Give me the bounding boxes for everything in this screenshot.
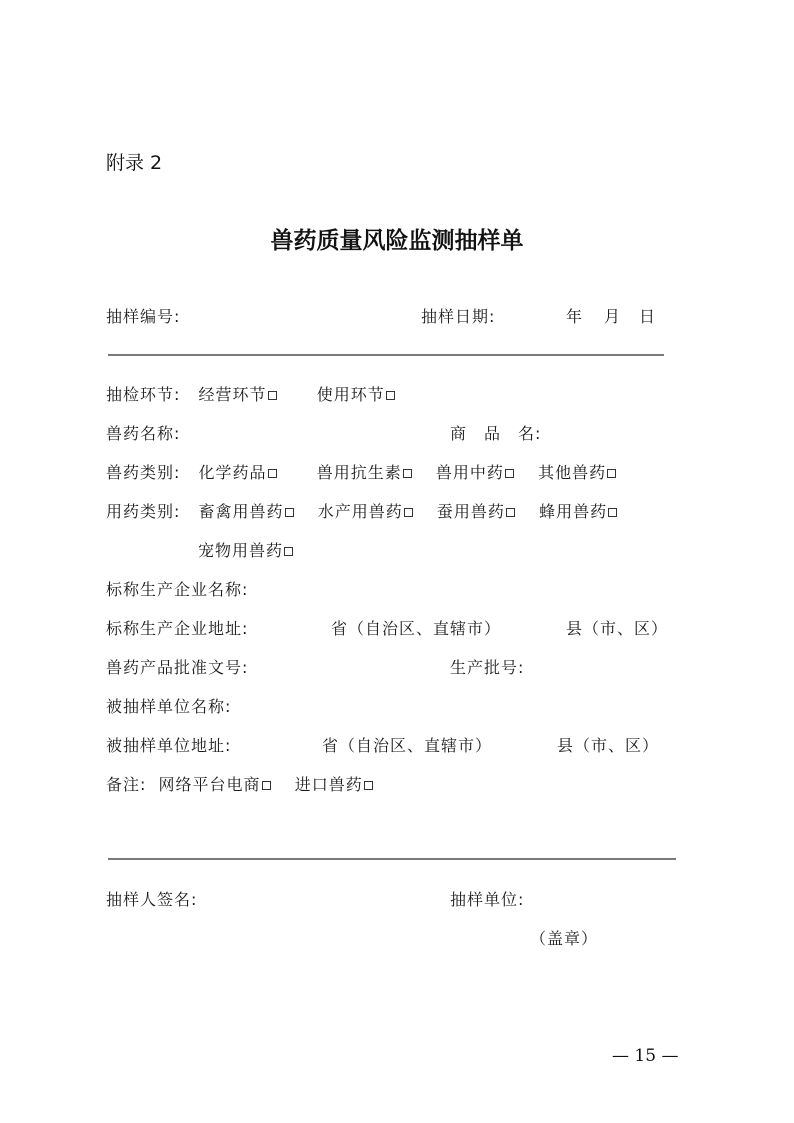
drug-name-label: 兽药名称: — [106, 421, 180, 444]
date-month: 月 — [604, 304, 621, 327]
remarks-option-imported[interactable]: 进口兽药 — [295, 775, 373, 794]
checkbox-icon[interactable] — [607, 469, 616, 478]
drug-category-option-tcm[interactable]: 兽用中药 — [436, 463, 514, 482]
drug-category-option-other[interactable]: 其他兽药 — [538, 463, 616, 482]
batch-no-label: 生产批号: — [450, 655, 524, 678]
trade-name-label: 商 品 名: — [450, 421, 541, 444]
checkbox-icon[interactable] — [608, 508, 617, 517]
remarks-label: 备注: — [106, 775, 146, 794]
usage-option-aquatic[interactable]: 水产用兽药 — [318, 502, 413, 521]
appendix-label: 附录 2 — [106, 148, 162, 175]
top-divider — [108, 354, 664, 356]
seal-text: （盖章） — [530, 926, 598, 949]
checkbox-icon[interactable] — [285, 508, 294, 517]
date-day: 日 — [639, 304, 656, 327]
manufacturer-name-label: 标称生产企业名称: — [106, 577, 248, 600]
checkbox-icon[interactable] — [404, 508, 413, 517]
sample-no-label: 抽样编号: — [106, 304, 180, 327]
sample-date-label: 抽样日期: — [421, 304, 495, 327]
approval-no-label: 兽药产品批准文号: — [106, 655, 248, 678]
page-title: 兽药质量风险监测抽样单 — [0, 222, 794, 255]
sampled-unit-province-text: 省（自治区、直辖市） — [322, 733, 492, 756]
usage-option-livestock[interactable]: 畜禽用兽药 — [199, 502, 294, 521]
drug-category-label: 兽药类别: — [106, 463, 180, 482]
stage-row: 抽检环节: 经营环节 使用环节 — [106, 382, 395, 405]
usage-option-silkworm[interactable]: 蚕用兽药 — [437, 502, 515, 521]
stage-option-business[interactable]: 经营环节 — [199, 385, 277, 404]
checkbox-icon[interactable] — [262, 781, 271, 790]
stage-label: 抽检环节: — [106, 385, 180, 404]
usage-category-row: 用药类别: 畜禽用兽药 水产用兽药 蚕用兽药 蜂用兽药 — [106, 499, 617, 522]
remarks-option-ecommerce[interactable]: 网络平台电商 — [159, 775, 271, 794]
manufacturer-province-text: 省（自治区、直辖市） — [331, 616, 501, 639]
sampled-unit-county-text: 县（市、区） — [557, 733, 659, 756]
sampling-unit-label: 抽样单位: — [450, 887, 524, 910]
usage-option-bee[interactable]: 蜂用兽药 — [539, 502, 617, 521]
drug-category-option-chemical[interactable]: 化学药品 — [199, 463, 277, 482]
sampled-unit-name-label: 被抽样单位名称: — [106, 694, 231, 717]
drug-category-option-antibiotic[interactable]: 兽用抗生素 — [317, 463, 412, 482]
checkbox-icon[interactable] — [268, 391, 277, 400]
checkbox-icon[interactable] — [386, 391, 395, 400]
checkbox-icon[interactable] — [364, 781, 373, 790]
date-year: 年 — [566, 304, 583, 327]
manufacturer-address-label: 标称生产企业地址: — [106, 616, 248, 639]
stage-option-use[interactable]: 使用环节 — [317, 385, 395, 404]
checkbox-icon[interactable] — [284, 547, 293, 556]
usage-option-pet[interactable]: 宠物用兽药 — [198, 538, 293, 561]
checkbox-icon[interactable] — [505, 469, 514, 478]
checkbox-icon[interactable] — [506, 508, 515, 517]
sampled-unit-address-label: 被抽样单位地址: — [106, 733, 231, 756]
page-number: — 15 — — [612, 1046, 678, 1066]
sampler-signature-label: 抽样人签名: — [106, 887, 197, 910]
drug-category-row: 兽药类别: 化学药品 兽用抗生素 兽用中药 其他兽药 — [106, 460, 616, 483]
remarks-row: 备注: 网络平台电商 进口兽药 — [106, 772, 373, 795]
bottom-divider — [108, 858, 676, 860]
manufacturer-county-text: 县（市、区） — [566, 616, 668, 639]
checkbox-icon[interactable] — [403, 469, 412, 478]
usage-category-label: 用药类别: — [106, 502, 180, 521]
checkbox-icon[interactable] — [268, 469, 277, 478]
